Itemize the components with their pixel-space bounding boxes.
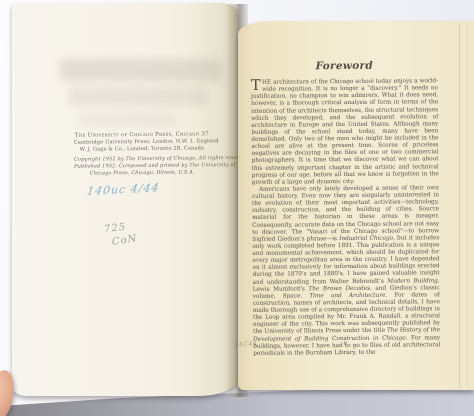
- book-title-italic: The Brown Decades: [308, 285, 370, 292]
- show-through-text: [60, 59, 222, 81]
- book-title-italic: Industrial Chicago: [339, 235, 393, 241]
- show-through-text: [78, 113, 176, 126]
- imprint-block: The University of Chicago Press, Chicago…: [74, 131, 210, 177]
- handwritten-pencil-annotation-right: 2AC44: [234, 340, 258, 348]
- left-page: [12, 3, 238, 396]
- book-photo: The University of Chicago Press, Chicago…: [0, 0, 474, 416]
- show-through-text: [68, 87, 208, 106]
- drop-cap: T: [251, 80, 261, 93]
- foreword-paragraph: Americans have only lately developed a s…: [252, 185, 440, 358]
- imprint-line: W. J. Gage & Co., Limited, Toronto 2B, C…: [74, 145, 210, 153]
- foreword-heading: Foreword: [251, 59, 438, 73]
- foreword-text: Foreword THE architecture of the Chicago…: [251, 59, 441, 357]
- fore-edge-line: [467, 24, 468, 388]
- book-title-italic: Space, Time and Architecture: [283, 292, 386, 299]
- imprint-line: Chicago Press, Chicago, Illinois, U.S.A.: [74, 169, 210, 177]
- body-text: HE architecture of the Chicago school to…: [251, 78, 439, 185]
- fore-edge-line: [459, 24, 460, 388]
- body-text: Americans have only lately developed a s…: [252, 185, 439, 243]
- page-number: v: [252, 339, 439, 347]
- book-title-italic: Modern Building: [387, 278, 438, 284]
- foreword-paragraph: THE architecture of the Chicago school t…: [251, 78, 439, 187]
